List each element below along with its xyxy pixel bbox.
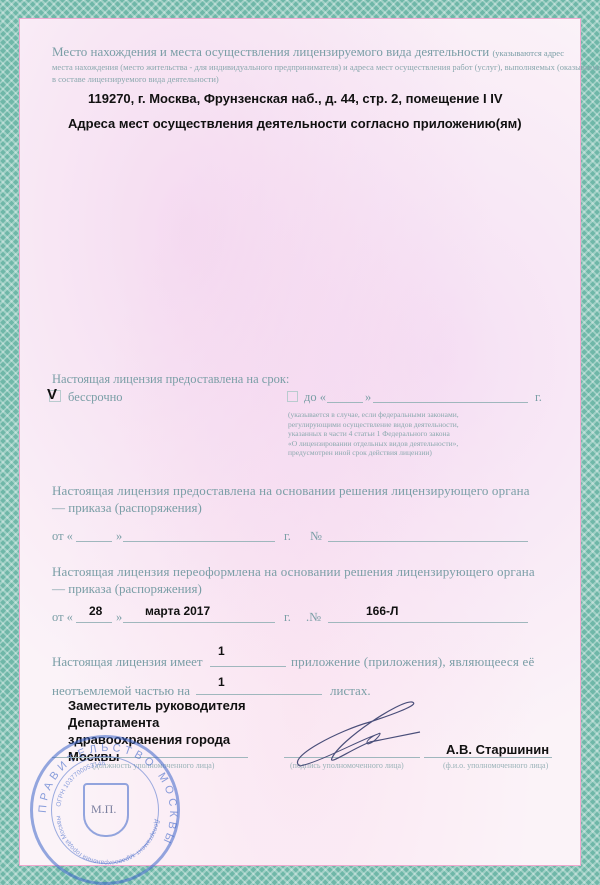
granted-date-line [123,541,275,542]
license-address: 119270, г. Москва, Фрунзенская наб., д. … [88,91,503,106]
granted-number-line [328,541,528,542]
location-heading-text: Место нахождения и места осуществления л… [52,44,489,59]
reissued-number-label: .№ [306,610,321,625]
signatory-position-line: Департамента [68,714,246,731]
appendix-sheets-line [196,694,322,695]
signatory-name: А.В. Старшинин [446,742,549,757]
granted-quote-close: » [116,529,122,544]
term-label: Настоящая лицензия предоставлена на срок… [52,372,289,387]
appendix-line1-prefix: Настоящая лицензия имеет [52,654,203,670]
reissued-number-line [328,622,528,623]
appendix-sheets: 1 [218,675,225,689]
indefinite-label: бессрочно [68,390,123,405]
until-prefix: до « [304,390,326,405]
appendix-line1-suffix: приложение (приложения), являющееся её [291,654,534,670]
granted-from: от « [52,529,73,544]
until-note-line: указанных в части 4 статьи 1 Федеральног… [288,429,459,439]
granted-year-suffix: г. [284,529,291,544]
until-date-line [373,402,528,403]
reissued-day-line [76,622,112,623]
caption-name: (ф.и.о. уполномоченного лица) [443,761,548,770]
until-note-line: (указывается в случае, если федеральными… [288,410,459,420]
location-note-line2: места нахождения (место жительства - для… [52,62,572,73]
reissued-from: от « [52,610,73,625]
appendix-count-line [210,666,286,667]
until-note-line: предусмотрен иной срок действия лицензии… [288,448,459,458]
reissued-day: 28 [89,604,102,618]
name-line [424,757,552,758]
official-stamp: ПРАВИТЕЛЬСТВО МОСКВЫ Департамент здравоо… [30,735,180,885]
until-note-line: регулирующими осуществление видов деятел… [288,420,459,430]
location-note-inline: (указываются адрес [492,48,564,58]
location-heading: Место нахождения и места осуществления л… [52,44,572,60]
activity-addresses-note: Адреса мест осуществления деятельности с… [68,116,522,131]
reissued-line2: — приказа (распоряжения) [52,581,202,597]
reissued-date-line [123,622,275,623]
until-quote-close: » [365,390,371,405]
granted-line2: — приказа (распоряжения) [52,500,202,516]
appendix-count: 1 [218,644,225,658]
granted-number-label: № [310,529,322,544]
indefinite-check-mark: V [47,386,57,403]
until-day-line [327,402,363,403]
signatory-position-line: Заместитель руководителя [68,697,246,714]
reissued-month-year: марта 2017 [145,604,210,618]
reissued-number: 166-Л [366,604,398,618]
granted-day-line [76,541,112,542]
reissued-year-suffix: г. [284,610,291,625]
until-checkbox[interactable] [287,391,298,402]
reissued-quote-close: » [116,610,122,625]
appendix-line2-suffix: листах. [330,683,371,699]
granted-line1: Настоящая лицензия предоставлена на осно… [52,483,530,499]
stamp-center-mark: М.П. [91,802,116,817]
handwritten-signature [280,700,440,770]
until-note-line: «О лицензировании отдельных видов деятел… [288,439,459,449]
until-year-suffix: г. [535,390,542,405]
location-note-line3: в составе лицензируемого вида деятельнос… [52,74,572,85]
until-note: (указывается в случае, если федеральными… [288,410,459,458]
reissued-line1: Настоящая лицензия переоформлена на осно… [52,564,535,580]
